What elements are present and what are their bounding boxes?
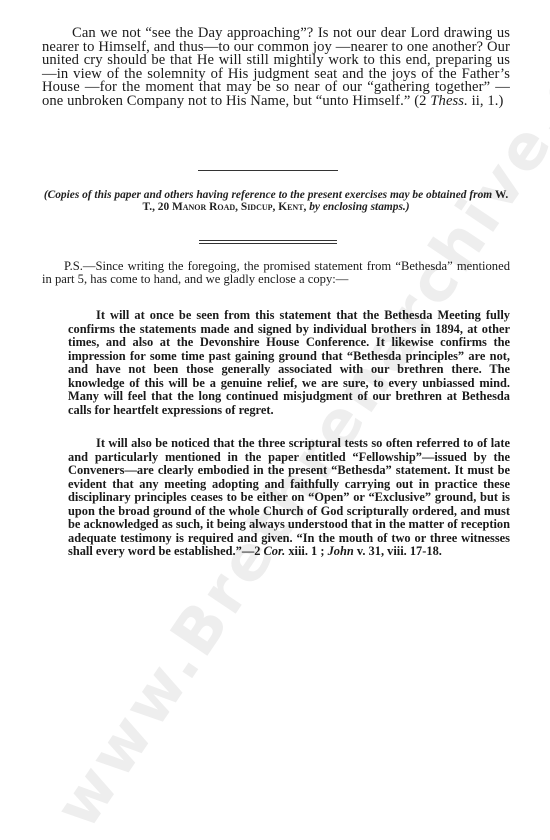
scripture-ref-rest: ii, 1.): [468, 93, 504, 109]
copies-note: (Copies of this paper and others having …: [42, 189, 510, 214]
statement-paragraph-1: It will at once be seen from this statem…: [68, 309, 510, 417]
document-page: Can we not “see the Day approaching”? Is…: [0, 0, 550, 840]
ref2-book: John: [328, 544, 354, 558]
double-divider-bottom: [199, 243, 337, 244]
copies-note-text: (Copies of this paper and others having …: [44, 189, 495, 201]
ref2-rest: v. 31, viii. 17-18.: [354, 544, 442, 558]
postscript: P.S.—Since writing the foregoing, the pr…: [42, 260, 510, 286]
copies-note-end: by enclosing stamps.): [306, 201, 409, 213]
postscript-text: P.S.—Since writing the foregoing, the pr…: [42, 259, 510, 286]
section-divider: [198, 170, 338, 171]
statement-paragraph-2: It will also be noticed that the three s…: [68, 437, 510, 559]
statement-paragraph-2-text: It will also be noticed that the three s…: [68, 436, 510, 558]
ref1-num: 2: [254, 544, 263, 558]
double-divider-top: [199, 240, 337, 241]
ref1-book: Cor.: [264, 544, 286, 558]
scripture-ref-book: Thess.: [430, 93, 468, 109]
ref1-rest: xiii. 1 ;: [285, 544, 327, 558]
statement-paragraph-1-text: It will at once be seen from this statem…: [68, 308, 510, 417]
scripture-ref-open: (2: [414, 93, 430, 109]
closing-paragraph: Can we not “see the Day approaching”? Is…: [42, 27, 510, 109]
